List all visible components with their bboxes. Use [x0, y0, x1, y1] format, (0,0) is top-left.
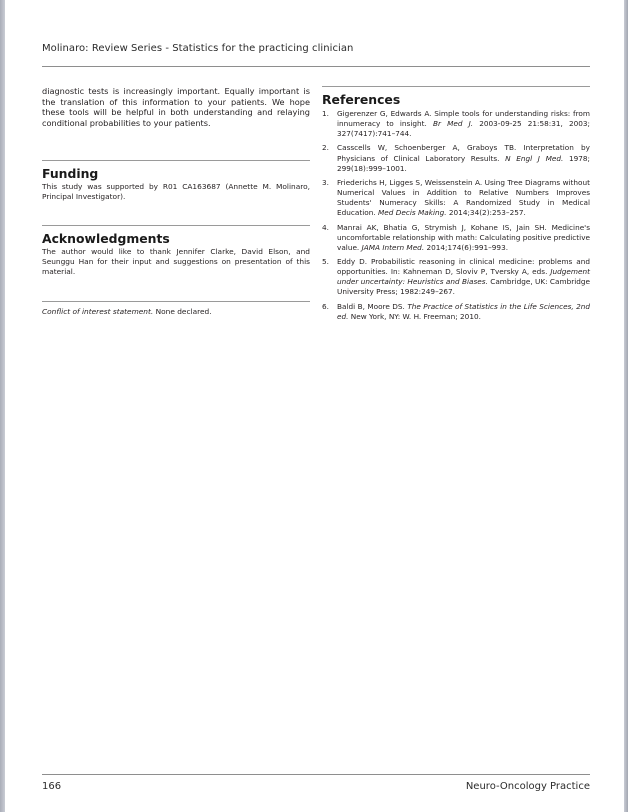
references-heading: References	[322, 92, 590, 107]
conflict-label: Conflict of interest statement.	[42, 307, 153, 316]
page-number: 166	[42, 781, 61, 792]
funding-text: This study was supported by R01 CA163687…	[42, 182, 310, 202]
reference-item: 3.Friederichs H, Ligges S, Weissenstein …	[322, 178, 590, 218]
reference-item: 5.Eddy D. Probabilistic reasoning in cli…	[322, 257, 590, 297]
acknowledgments-heading: Acknowledgments	[42, 231, 310, 246]
acknowledgments-text: The author would like to thank Jennifer …	[42, 247, 310, 277]
journal-name: Neuro-Oncology Practice	[466, 781, 590, 792]
viewer-left-edge	[0, 0, 5, 812]
reference-item: 4.Manrai AK, Bhatia G, Strymish J, Kohan…	[322, 223, 590, 253]
conflict-statement: Conflict of interest statement. None dec…	[42, 307, 310, 317]
right-column: References 1.Gigerenzer G, Edwards A. Si…	[322, 86, 590, 326]
footer-rule	[42, 774, 590, 775]
viewer-right-edge	[624, 0, 628, 812]
header-rule	[42, 66, 590, 67]
conflict-text: None declared.	[153, 307, 211, 316]
reference-item: 1.Gigerenzer G, Edwards A. Simple tools …	[322, 109, 590, 139]
running-head: Molinaro: Review Series - Statistics for…	[42, 43, 353, 54]
reference-item: 2.Casscells W, Schoenberger A, Graboys T…	[322, 143, 590, 173]
reference-item: 6.Baldi B, Moore DS. The Practice of Sta…	[322, 302, 590, 322]
references-list: 1.Gigerenzer G, Edwards A. Simple tools …	[322, 109, 590, 322]
intro-paragraph: diagnostic tests is increasingly importa…	[42, 86, 310, 128]
left-column: diagnostic tests is increasingly importa…	[42, 86, 310, 317]
funding-heading: Funding	[42, 166, 310, 181]
